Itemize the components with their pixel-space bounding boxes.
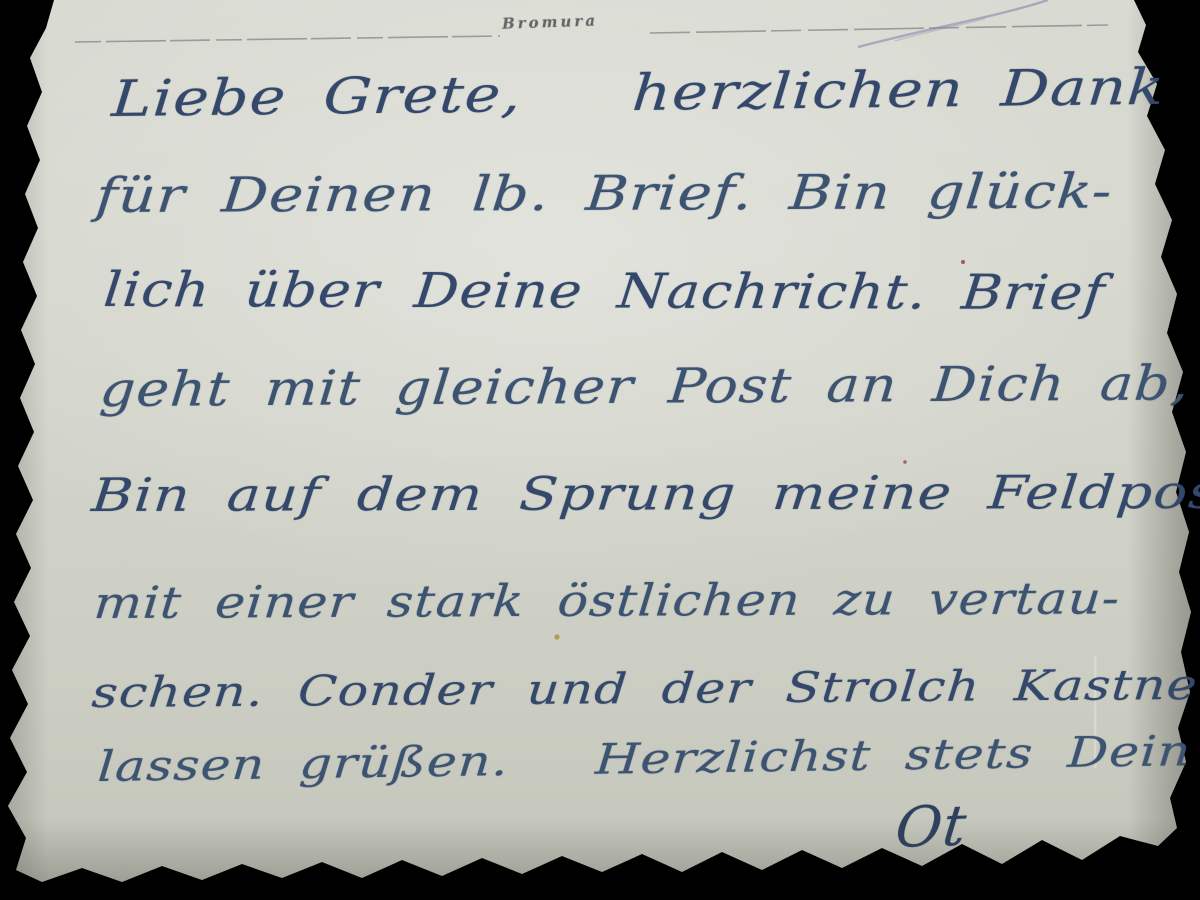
handwriting-line: geht mit gleicher Post an Dich ab, (98, 355, 1192, 418)
photo-backdrop: Bromura Liebe Grete,herzlichen Dank für … (0, 0, 1200, 900)
handwriting-line: lich über Deine Nachricht. Brief (101, 262, 1107, 321)
line-segment: lassen grüßen. (96, 736, 510, 791)
handwriting-line: Liebe Grete,herzlichen Dank (110, 58, 1167, 128)
handwriting-line: schen. Conder und der Strolch Kastner (90, 660, 1200, 717)
handwriting-line: für Deinen lb. Brief. Bin glück- (94, 164, 1115, 224)
handwriting-line: Bin auf dem Sprung meine Feldpost (90, 465, 1200, 522)
line-segment: herzlichen Dank (630, 58, 1167, 122)
salutation: Liebe Grete, (110, 65, 524, 128)
handwriting-line: mit einer stark östlichen zu vertau- (92, 573, 1122, 629)
closing-phrase: Herzlichst stets Dein (594, 726, 1193, 784)
signature-initial: Ot (893, 794, 971, 861)
